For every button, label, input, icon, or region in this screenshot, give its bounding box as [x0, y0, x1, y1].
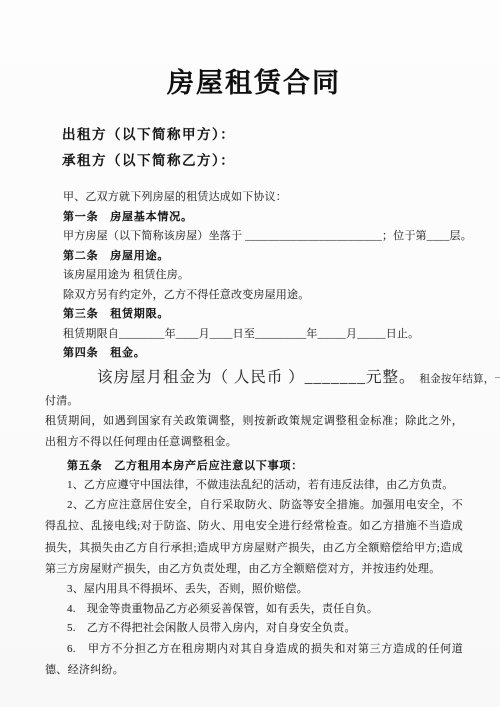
article-5-item-5: 5. 乙方不得把社会闲散人员带入房内，对自身安全负责。: [45, 619, 463, 639]
rent-note-continuation: 付清。: [45, 392, 463, 411]
intro-line: 甲、乙双方就下列房屋的租赁达成如下协议：: [63, 188, 463, 208]
article-2-heading: 第二条 房屋用途。: [63, 247, 463, 267]
contract-content: 房屋租赁合同 出租方（以下简称甲方）： 承租方（以下简称乙方）： 甲、乙双方就下…: [0, 0, 500, 681]
article-5-item-3: 3、屋内用具不得损坏、丢失，否则，照价赔偿。: [45, 580, 463, 600]
contract-page: 房屋租赁合同 出租方（以下简称甲方）： 承租方（以下简称乙方）： 甲、乙双方就下…: [0, 0, 500, 707]
article-1-heading: 第一条 房屋基本情况。: [63, 208, 463, 228]
rent-policy-paragraph: 租赁期间，如遇到国家有关政策调整，则按新政策规定调整租金标准；除此之外，出租方不…: [45, 411, 463, 454]
rent-settlement-note: 租金按年结算，一次: [420, 374, 500, 385]
article-5-heading: 第五条 乙方租用本房产后应注意以下事项：: [45, 456, 463, 476]
article-5-item-6: 6. 甲方不分担乙方在租房期内对其自身造成的损失和对第三方造成的任何道德、经济纠…: [45, 639, 463, 682]
lessee-line: 承租方（以下简称乙方）：: [62, 148, 463, 174]
article-2-line-1: 该房屋用途为 租赁住房。: [63, 266, 463, 286]
rent-amount-line: 该房屋月租金为（ 人民币 ）_______元整。租金按年结算，一次: [45, 366, 463, 392]
article-3-heading: 第三条 租赁期限。: [63, 305, 463, 325]
article-5-item-1: 1、乙方应遵守中国法律，不做违法乱纪的活动，若有违反法律，由乙方负责。: [45, 476, 463, 496]
article-3-body: 租赁期限自________年____月____日至_________年_____…: [63, 325, 463, 345]
article-2-line-2: 除双方另有约定外，乙方不得任意改变房屋用途。: [63, 286, 463, 306]
lessor-line: 出租方（以下简称甲方）：: [62, 122, 463, 148]
rent-amount-text: 该房屋月租金为（ 人民币 ）_______元整。: [97, 369, 416, 386]
parties-block: 出租方（以下简称甲方）： 承租方（以下简称乙方）：: [45, 122, 463, 174]
contract-title: 房屋租赁合同: [45, 68, 463, 98]
article-5-item-2: 2、乙方应注意居住安全，自行采取防火、防盗等安全措施。加强用电安全，不得乱拉、乱…: [45, 495, 463, 580]
article-5-item-4: 4. 现金等贵重物品乙方必须妥善保管，如有丢失，责任自负。: [45, 600, 463, 620]
articles-block: 甲、乙双方就下列房屋的租赁达成如下协议： 第一条 房屋基本情况。 甲方房屋（以下…: [45, 188, 463, 364]
article-1-body: 甲方房屋（以下简称该房屋）坐落于 _______________________…: [63, 227, 463, 247]
article-4-heading: 第四条 租金。: [63, 344, 463, 364]
